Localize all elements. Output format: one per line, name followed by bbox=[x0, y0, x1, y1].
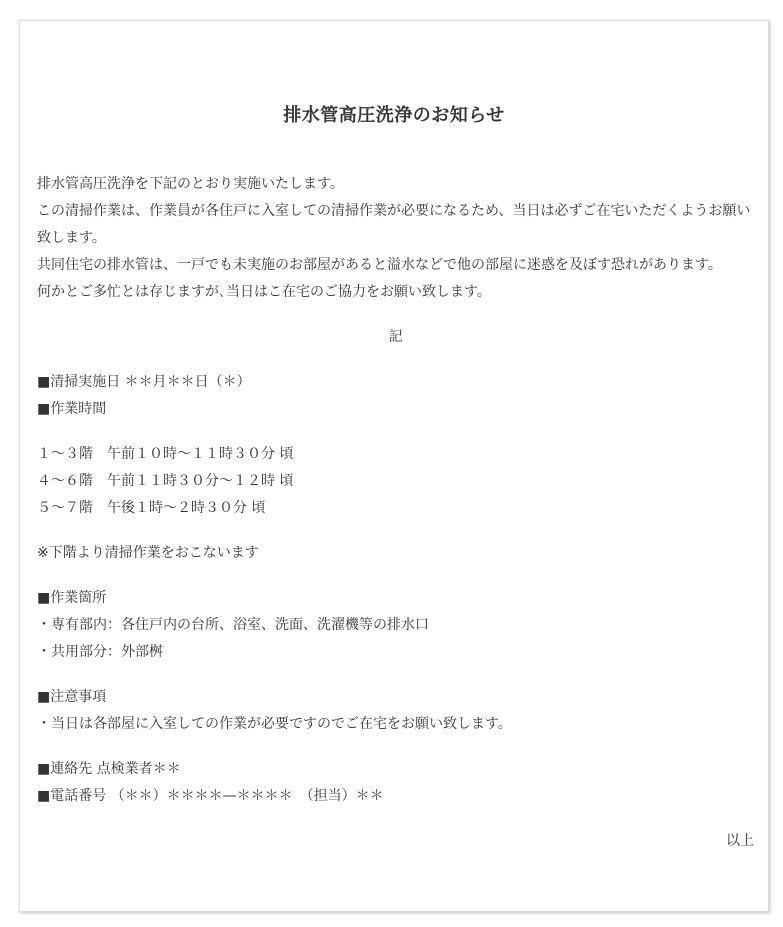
time-heading: ■作業時間 bbox=[37, 396, 754, 423]
phone-line: ■電話番号 （＊＊）＊＊＊＊—＊＊＊＊ （担当）＊＊ bbox=[37, 783, 754, 810]
intro-line: この清掃作業は、作業員が各住戸に入室しての清掃作業が必要になるため、当日は必ずご… bbox=[37, 198, 754, 252]
ki-heading: 記 bbox=[37, 324, 754, 351]
notes-heading: ■注意事項 bbox=[37, 684, 754, 711]
spacer bbox=[37, 522, 754, 540]
schedule-list: １～３階 午前１０時～１１時３０分 頃 ４～６階 午前１１時３０分～１２時 頃 … bbox=[37, 441, 754, 522]
schedule-item: ４～６階 午前１１時３０分～１２時 頃 bbox=[37, 468, 754, 495]
location-item: ・専有部内：各住戸内の台所、浴室、洗面、洗濯機等の排水口 bbox=[37, 612, 754, 639]
page-title: 排水管高圧洗浄のお知らせ bbox=[20, 101, 768, 127]
intro-paragraph: 排水管高圧洗浄を下記のとおり実施いたします。 この清掃作業は、作業員が各住戸に入… bbox=[37, 171, 754, 306]
schedule-item: ５～７階 午後１時～２時３０分 頃 bbox=[37, 495, 754, 522]
spacer bbox=[37, 666, 754, 684]
intro-line: 排水管高圧洗浄を下記のとおり実施いたします。 bbox=[37, 171, 754, 198]
schedule-item: １～３階 午前１０時～１１時３０分 頃 bbox=[37, 441, 754, 468]
date-line: ■清掃実施日 ＊＊月＊＊日（＊） bbox=[37, 369, 754, 396]
spacer bbox=[37, 351, 754, 369]
notice-card: 排水管高圧洗浄のお知らせ 排水管高圧洗浄を下記のとおり実施いたします。 この清掃… bbox=[19, 20, 769, 912]
intro-line: 何かとご多忙とは存じますが､当日はこ在宅のご協力をお願い致します。 bbox=[37, 279, 754, 306]
closing-text: 以上 bbox=[37, 828, 754, 855]
intro-line: 共同住宅の排水管は、一戸でも未実施のお部屋があると溢水などで他の部屋に迷惑を及ぼ… bbox=[37, 252, 754, 279]
contact-line: ■連絡先 点検業者＊＊ bbox=[37, 756, 754, 783]
spacer bbox=[37, 738, 754, 756]
spacer bbox=[37, 810, 754, 828]
note-item: ・当日は各部屋に入室しての作業が必要ですのでご在宅をお願い致します。 bbox=[37, 711, 754, 738]
spacer bbox=[37, 567, 754, 585]
notice-body: 排水管高圧洗浄を下記のとおり実施いたします。 この清掃作業は、作業員が各住戸に入… bbox=[37, 171, 754, 855]
location-item: ・共用部分：外部桝 bbox=[37, 639, 754, 666]
location-heading: ■作業箇所 bbox=[37, 585, 754, 612]
spacer bbox=[37, 306, 754, 324]
spacer bbox=[37, 423, 754, 441]
schedule-note: ※下階より清掃作業をおこないます bbox=[37, 540, 754, 567]
